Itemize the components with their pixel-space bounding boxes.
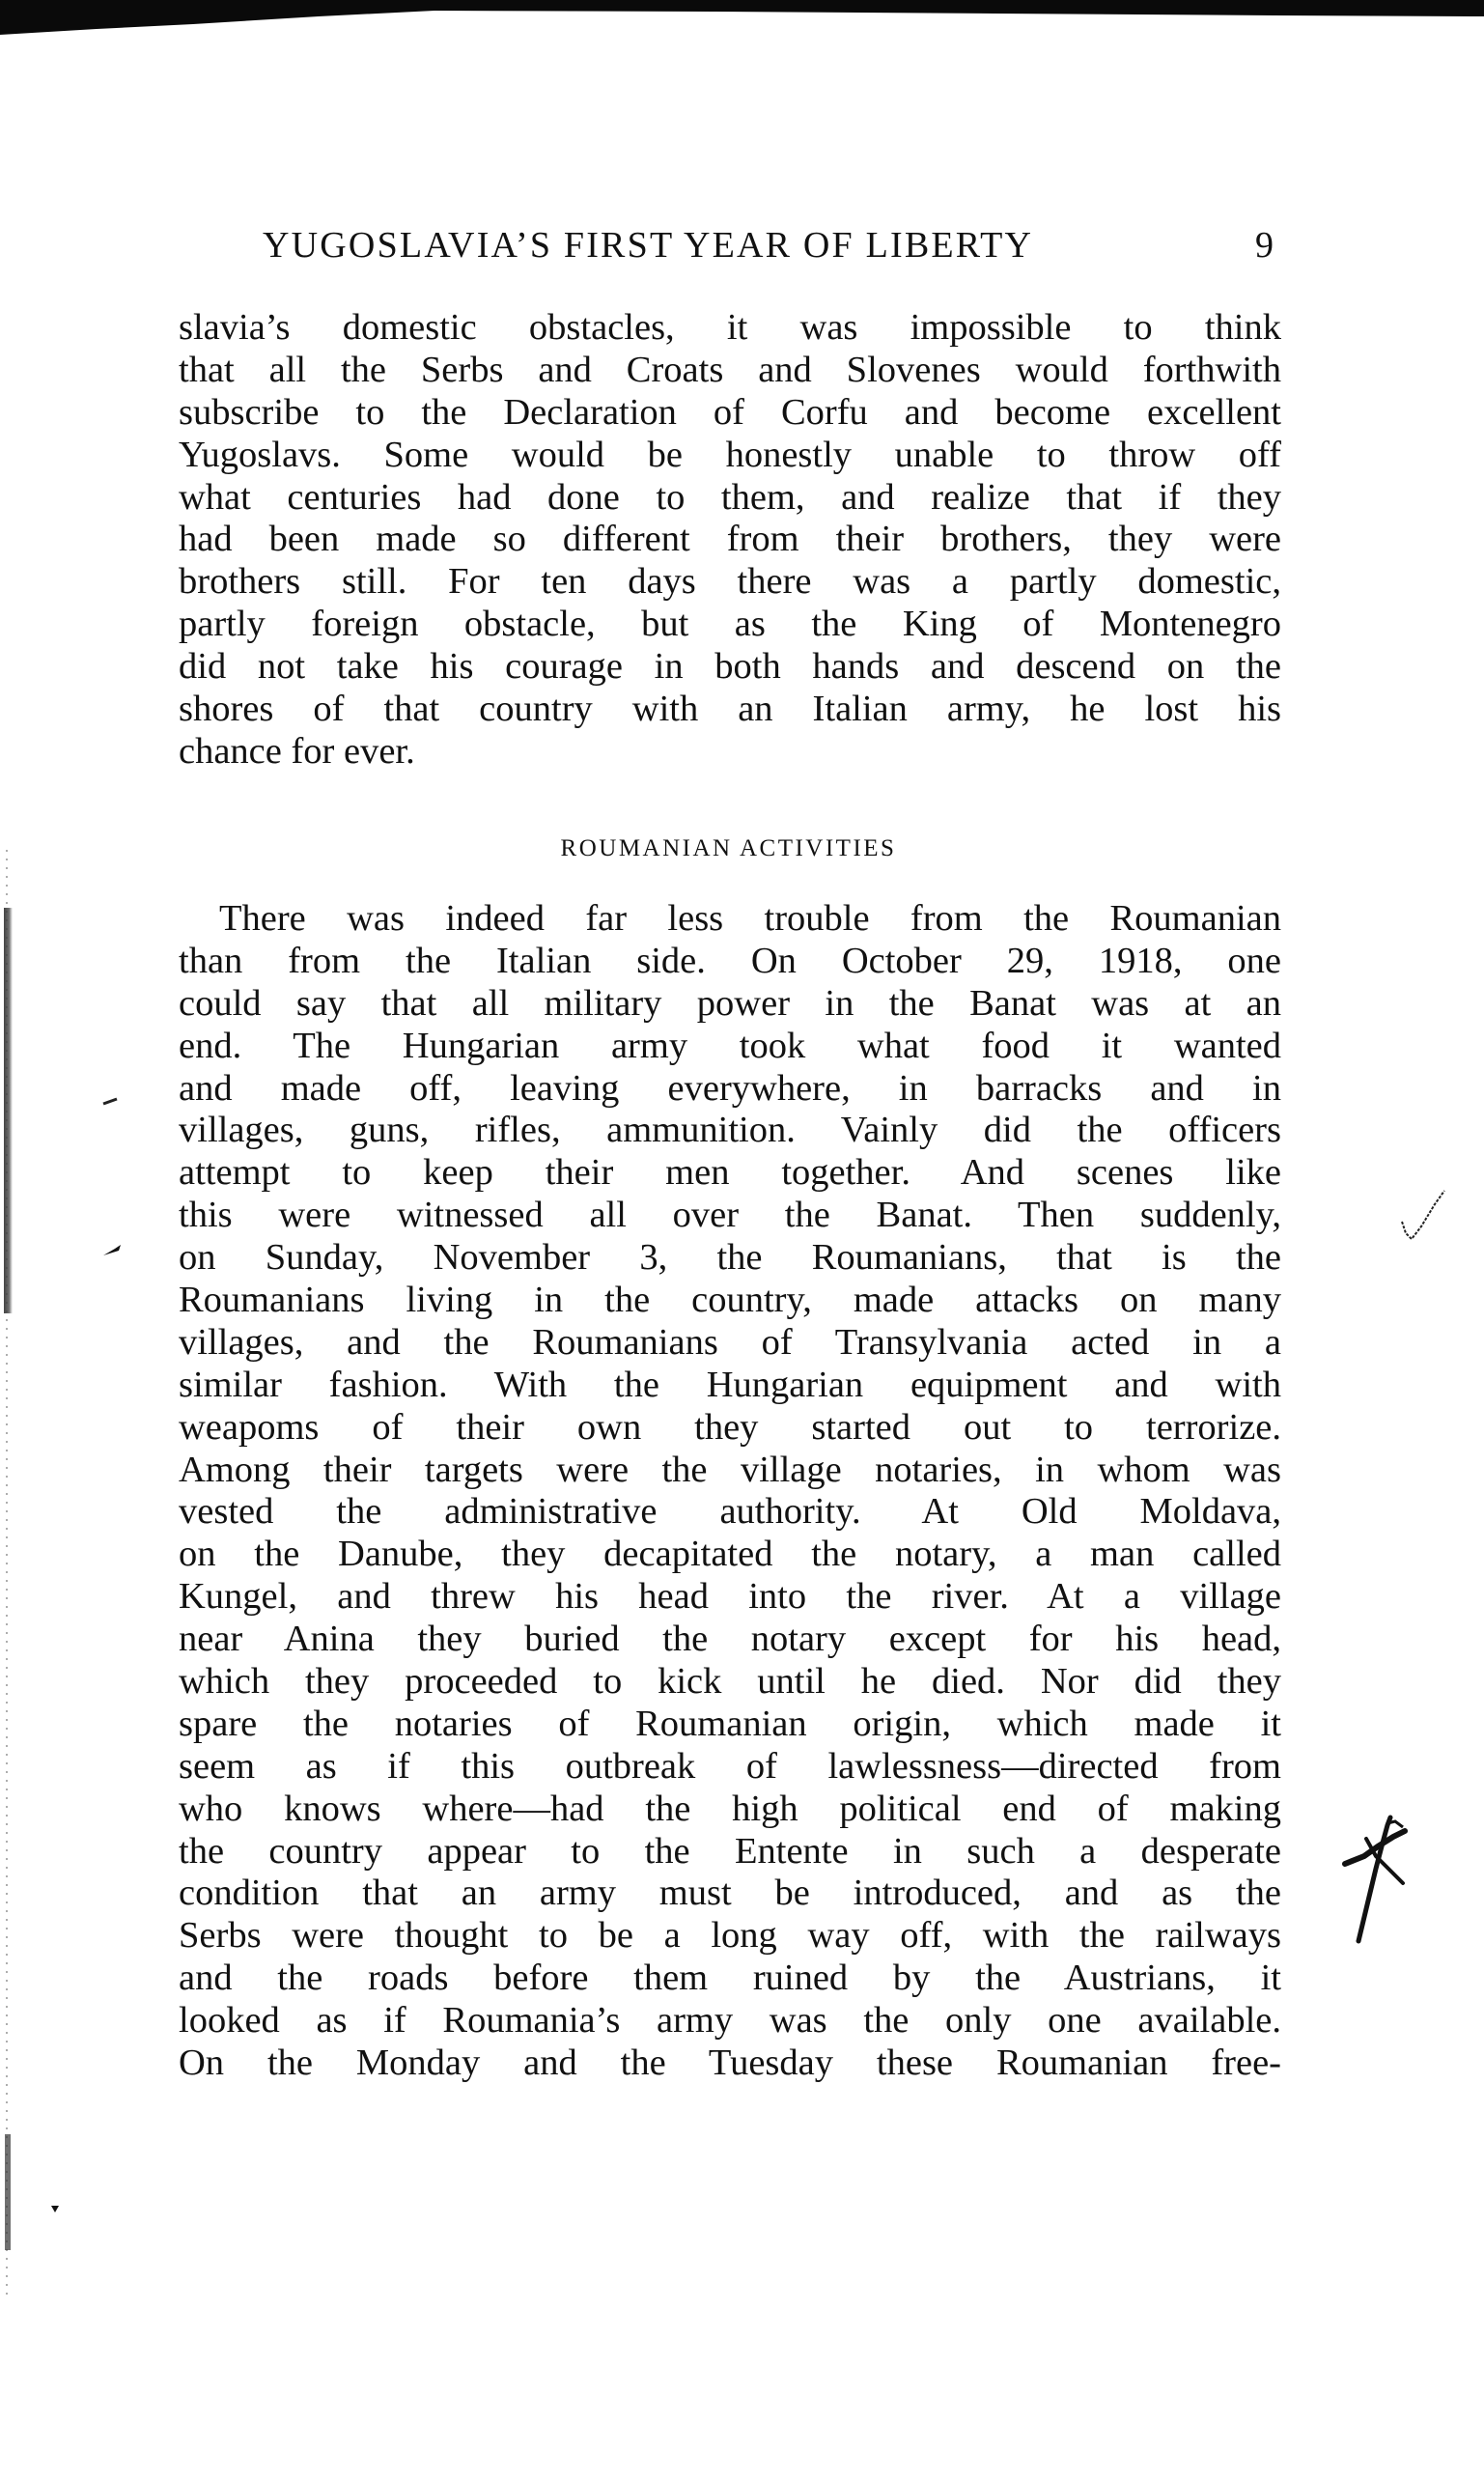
text-line: partly foreign obstacle, but as the King… xyxy=(179,604,1281,646)
text-line: which they proceeded to kick until he di… xyxy=(179,1661,1281,1704)
text-line: Kungel, and threw his head into the rive… xyxy=(179,1576,1281,1619)
text-line: that all the Serbs and Croats and Sloven… xyxy=(179,350,1281,392)
text-line: and the roads before them ruined by the … xyxy=(179,1958,1281,2000)
text-line: shores of that country with an Italian a… xyxy=(179,689,1281,731)
text-line: slavia’s domestic obstacles, it was impo… xyxy=(179,307,1281,350)
running-head-title: YUGOSLAVIA’S FIRST YEAR OF LIBERTY xyxy=(263,224,1033,267)
pencil-dash-mark xyxy=(101,1096,121,1106)
check-mark-icon xyxy=(1400,1183,1458,1260)
cross-mark-icon xyxy=(1337,1796,1414,1960)
text-line: could say that all military power in the… xyxy=(179,983,1281,1026)
text-line: spare the notaries of Roumanian origin, … xyxy=(179,1704,1281,1746)
text-line: Yugoslavs. Some would be honestly unable… xyxy=(179,435,1281,477)
section-heading-text: ROUMANIAN ACTIVITIES xyxy=(561,835,897,861)
text-line: did not take his courage in both hands a… xyxy=(179,646,1281,689)
scan-gutter-shadow xyxy=(5,2134,11,2250)
paragraph: There was indeed far less trouble from t… xyxy=(179,898,1281,2085)
scan-gutter-shadow xyxy=(4,908,13,1313)
text-line: near Anina they buried the notary except… xyxy=(179,1619,1281,1661)
text-line: villages, guns, rifles, ammunition. Vain… xyxy=(179,1110,1281,1152)
text-line: seem as if this outbreak of lawlessness—… xyxy=(179,1746,1281,1789)
text-line: than from the Italian side. On October 2… xyxy=(179,941,1281,983)
pencil-arrow-mark xyxy=(101,1241,125,1258)
text-line: vested the administrative authority. At … xyxy=(179,1491,1281,1534)
text-line: end. The Hungarian army took what food i… xyxy=(179,1026,1281,1068)
pencil-dot-mark xyxy=(50,2204,60,2213)
page-number: 9 xyxy=(1255,224,1274,267)
text-line: chance for ever. xyxy=(179,731,1281,774)
section-heading: ROUMANIAN ACTIVITIES xyxy=(0,835,1484,862)
text-line: brothers still. For ten days there was a… xyxy=(179,561,1281,604)
text-line: Among their targets were the village not… xyxy=(179,1450,1281,1492)
running-head: YUGOSLAVIA’S FIRST YEAR OF LIBERTY 9 xyxy=(0,220,1484,278)
text-line: similar fashion. With the Hungarian equi… xyxy=(179,1365,1281,1407)
text-line: the country appear to the Entente in suc… xyxy=(179,1831,1281,1873)
text-line: and made off, leaving everywhere, in bar… xyxy=(179,1068,1281,1111)
text-line: subscribe to the Declaration of Corfu an… xyxy=(179,392,1281,435)
text-line: looked as if Roumania’s army was the onl… xyxy=(179,2000,1281,2042)
text-line: Roumanians living in the country, made a… xyxy=(179,1280,1281,1322)
text-line: villages, and the Roumanians of Transylv… xyxy=(179,1322,1281,1365)
scan-edge-shadow xyxy=(0,0,1484,39)
text-line: condition that an army must be introduce… xyxy=(179,1873,1281,1915)
text-line: who knows where—had the high political e… xyxy=(179,1789,1281,1831)
text-line: attempt to keep their men together. And … xyxy=(179,1152,1281,1195)
paragraph-continued: slavia’s domestic obstacles, it was impo… xyxy=(179,307,1281,774)
text-line: weapoms of their own they started out to… xyxy=(179,1407,1281,1450)
text-line: what centuries had done to them, and rea… xyxy=(179,477,1281,520)
text-line: There was indeed far less trouble from t… xyxy=(179,898,1281,941)
text-line: Serbs were thought to be a long way off,… xyxy=(179,1915,1281,1958)
text-line: on Sunday, November 3, the Roumanians, t… xyxy=(179,1237,1281,1280)
text-line: had been made so different from their br… xyxy=(179,519,1281,561)
text-line: this were witnessed all over the Banat. … xyxy=(179,1195,1281,1237)
text-line: on the Danube, they decapitated the nota… xyxy=(179,1534,1281,1576)
text-line: On the Monday and the Tuesday these Roum… xyxy=(179,2042,1281,2085)
